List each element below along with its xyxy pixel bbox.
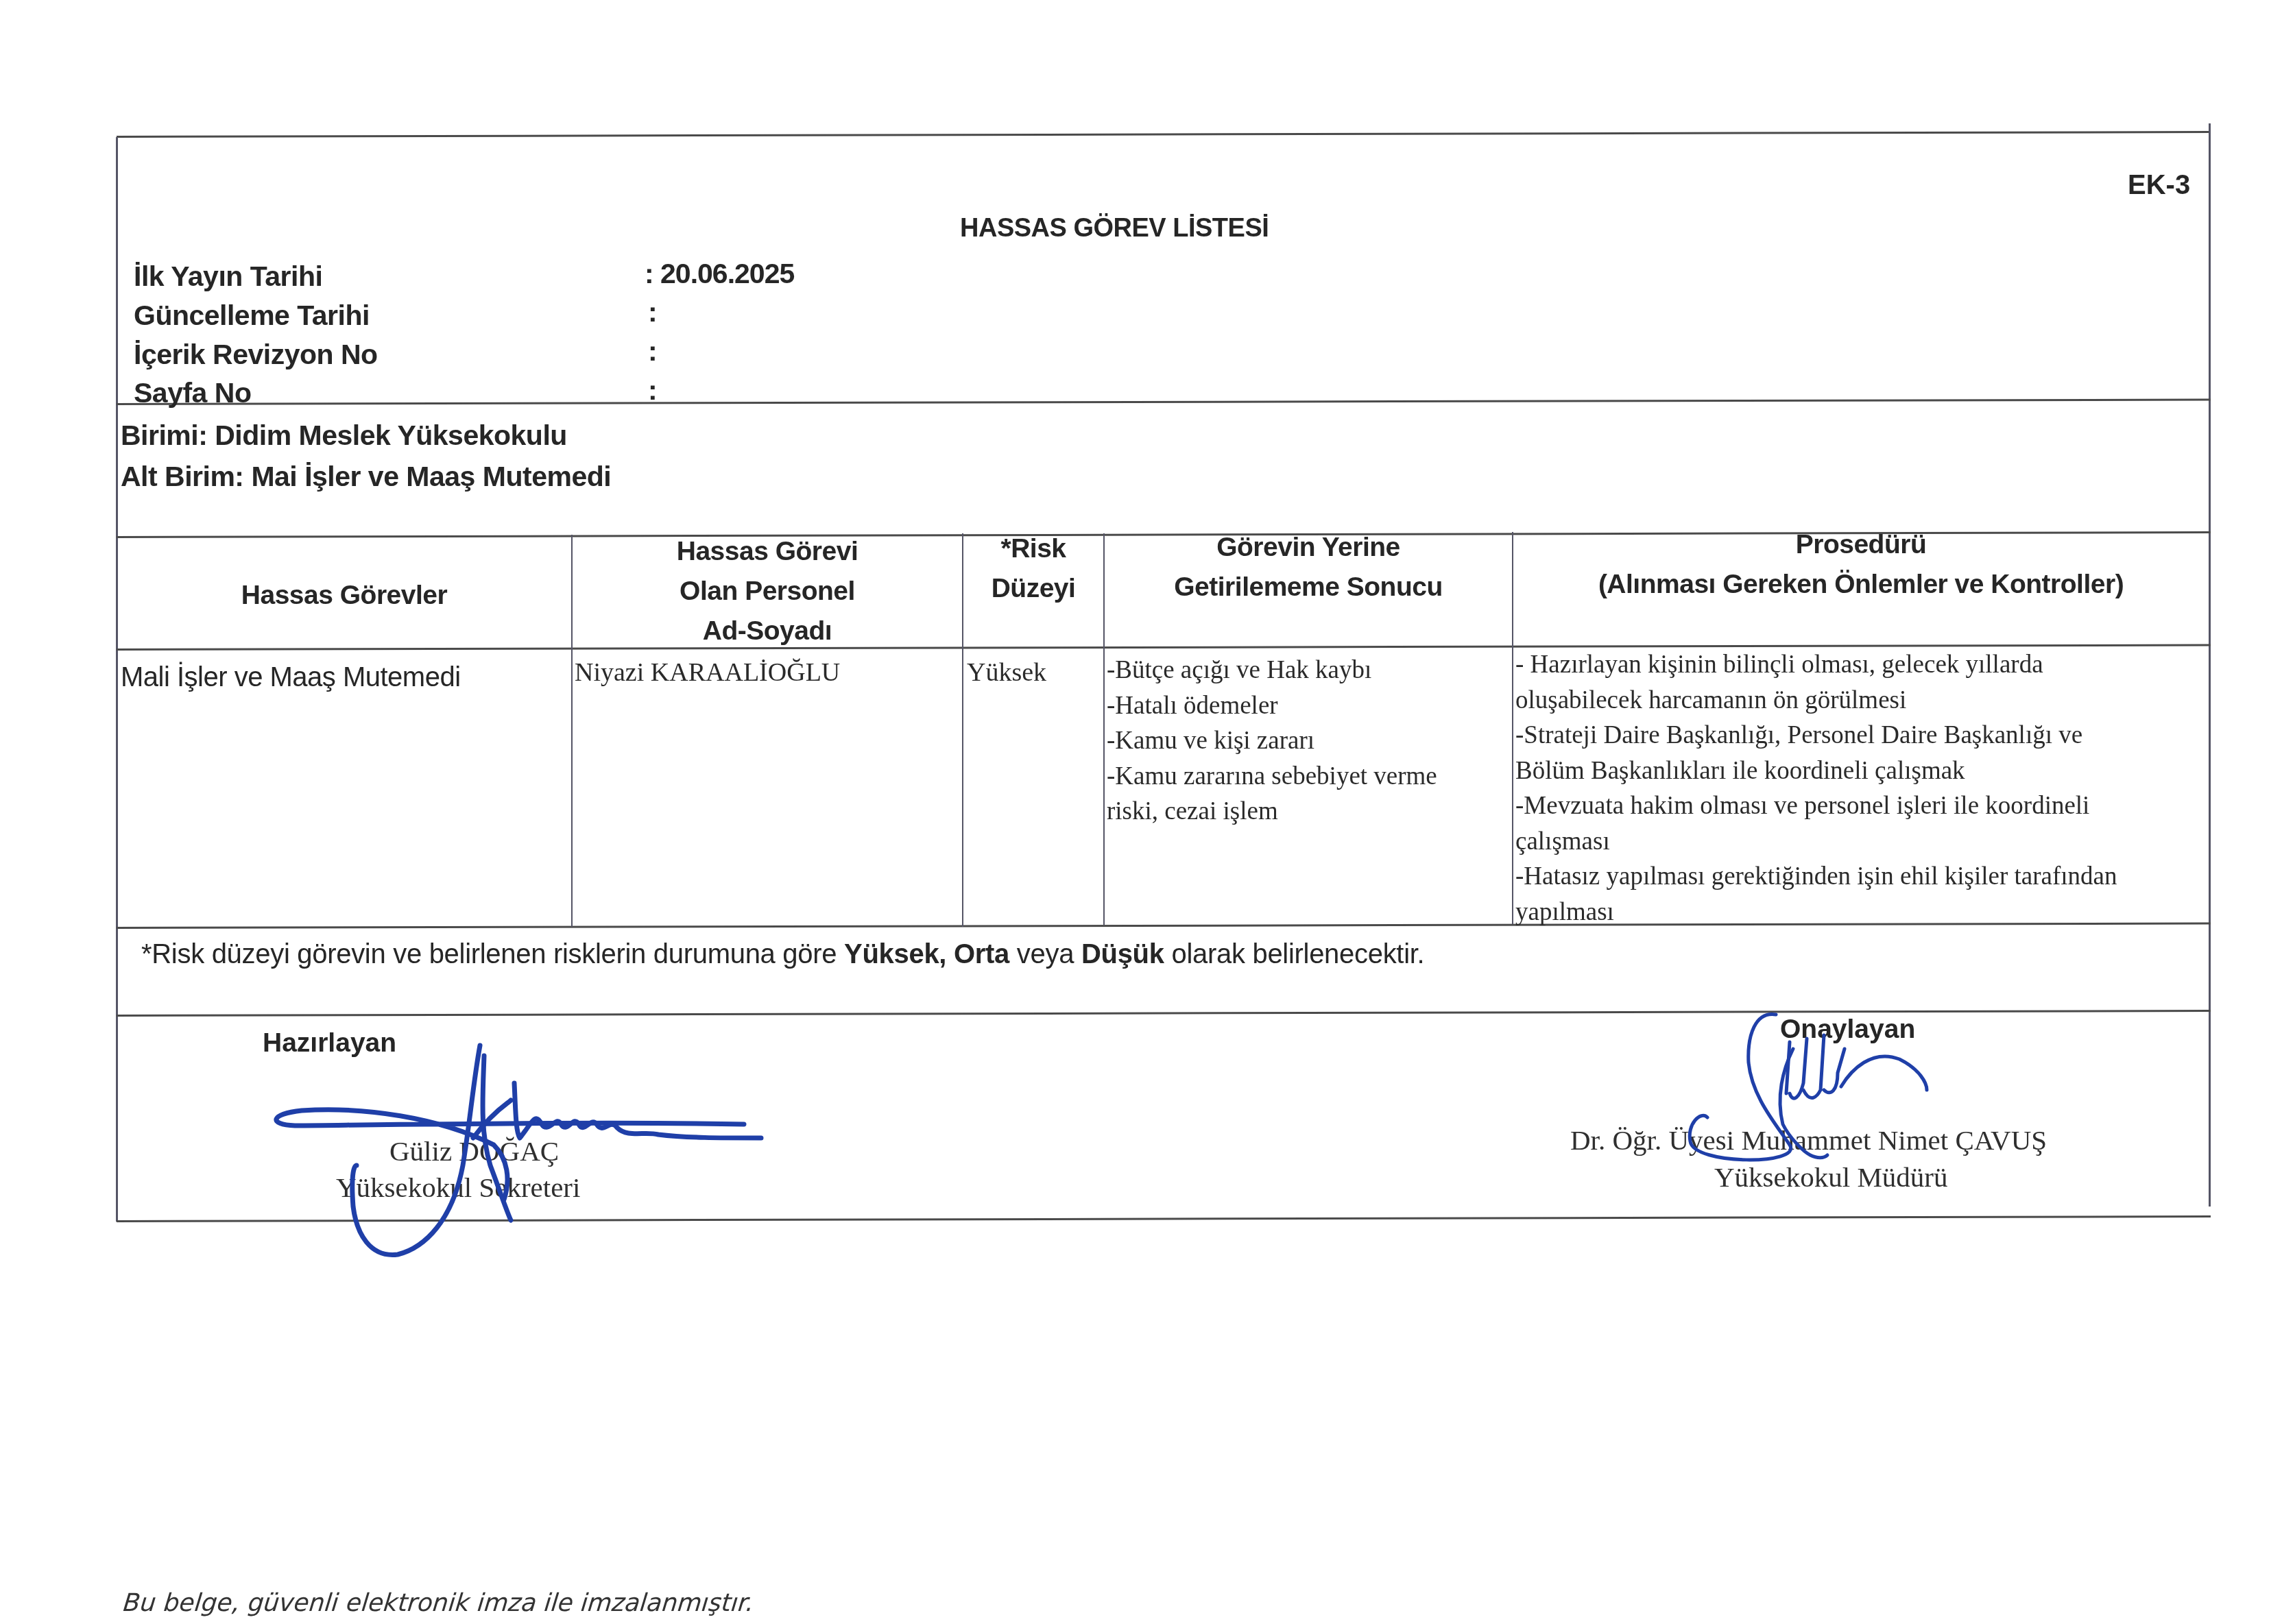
e-signature-footer: Bu belge, güvenli elektronik imza ile im… xyxy=(122,1589,756,1617)
approved-signature-icon xyxy=(0,0,2282,1624)
